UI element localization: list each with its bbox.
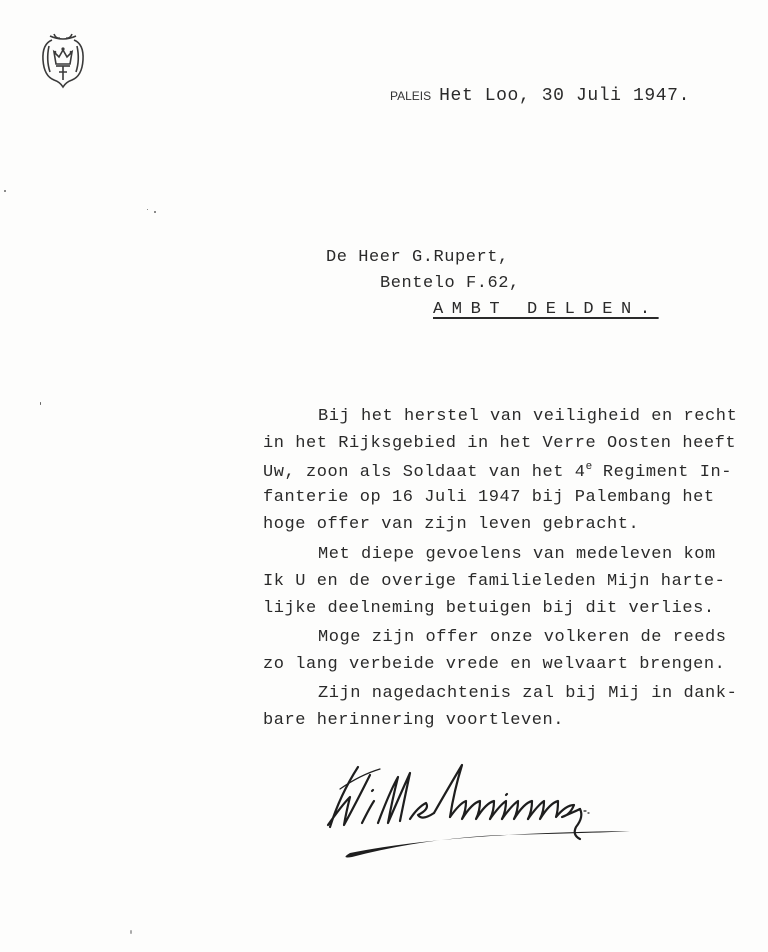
body-line: zo lang verbeide vrede en welvaart breng… (263, 655, 725, 674)
body-line: Met diepe gevoelens van medeleven kom (318, 545, 716, 564)
paper-speck (154, 211, 156, 213)
letterhead-label: PALEIS (390, 89, 431, 103)
body-line: Bij het herstel van veiligheid en recht (318, 407, 737, 426)
recipient-name: De Heer G.Rupert, (326, 248, 509, 267)
letter-page: PALEISHet Loo, 30 Juli 1947. De Heer G.R… (0, 0, 768, 952)
body-text: Uw, zoon als Soldaat van het 4 (263, 463, 586, 482)
body-line: lijke deelneming betuigen bij dit verlie… (263, 599, 715, 618)
paper-speck (147, 209, 148, 210)
place-date-line: PALEISHet Loo, 30 Juli 1947. (390, 86, 690, 106)
body-line: hoge offer van zijn leven gebracht. (263, 515, 639, 534)
body-line: Zijn nagedachtenis zal bij Mij in dank- (318, 684, 737, 703)
place-date: Het Loo, 30 Juli 1947. (439, 86, 690, 106)
body-line: fanterie op 16 Juli 1947 bij Palembang h… (263, 488, 715, 507)
body-text: Regiment In- (592, 463, 732, 482)
royal-crest-icon (40, 30, 86, 90)
body-line: Ik U en de overige familieleden Mijn har… (263, 572, 725, 591)
paper-speck (4, 190, 6, 192)
body-line: Uw, zoon als Soldaat van het 4e Regiment… (263, 461, 732, 482)
paper-speck (130, 930, 132, 934)
paper-speck (40, 402, 41, 405)
recipient-address: Bentelo F.62, (380, 274, 520, 293)
body-line: in het Rijksgebied in het Verre Oosten h… (263, 434, 736, 453)
body-line: bare herinnering voortleven. (263, 711, 564, 730)
recipient-municipality: AMBT DELDEN. (433, 300, 659, 319)
signature-icon (300, 755, 700, 865)
body-line: Moge zijn offer onze volkeren de reeds (318, 628, 727, 647)
